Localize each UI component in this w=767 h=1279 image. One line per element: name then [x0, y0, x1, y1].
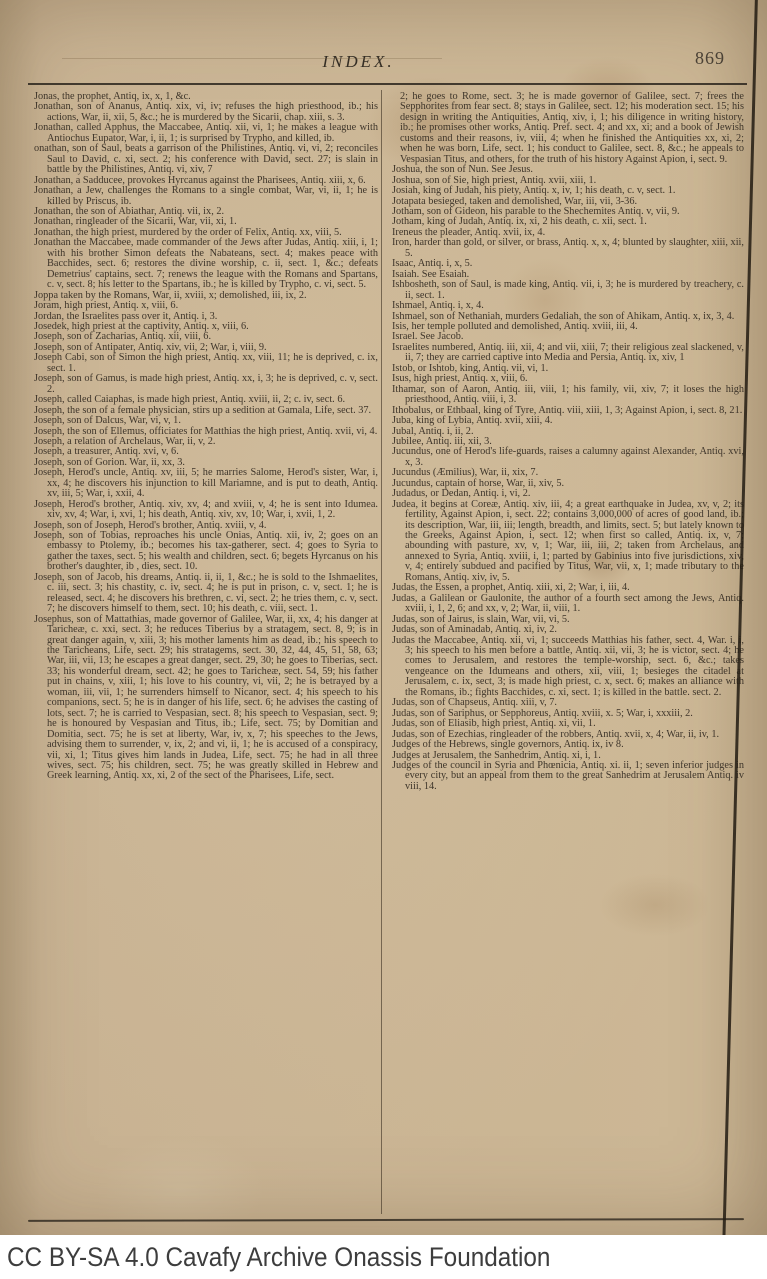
- index-entry: Joseph, son of Gamus, is made high pries…: [34, 374, 378, 395]
- column-divider-rule: [381, 90, 382, 1214]
- index-entry: Judas, son of Aminadab, Antiq. xi, iv, 2…: [392, 625, 744, 635]
- license-caption-bar: CC BY-SA 4.0 Cavafy Archive Onassis Foun…: [0, 1235, 767, 1279]
- index-entry: Jonathan, a Jew, challenges the Romans t…: [34, 186, 378, 207]
- index-entry: Jonathan, son of Ananus, Antiq. xix, vi,…: [34, 102, 378, 123]
- index-entry: Juba, king of Lybia, Antiq. xvii, xiii, …: [392, 416, 744, 426]
- index-entry: Joseph, son of Jacob, his dreams, Antiq.…: [34, 573, 378, 615]
- index-entry: Judges of the Hebrews, single governors,…: [392, 740, 744, 750]
- index-entry: Joseph, Herod's brother, Antiq. xiv, xv,…: [34, 500, 378, 521]
- index-entry: Joseph, Herod's uncle, Antiq. xv, iii, 5…: [34, 468, 378, 499]
- index-entry: Israelites numbered, Antiq. iii, xii, 4;…: [392, 343, 744, 364]
- index-entry: Jonathan, called Apphus, the Maccabee, A…: [34, 123, 378, 144]
- index-entry: Josephus, son of Mattathias, made govern…: [34, 615, 378, 782]
- page-title: INDEX.: [30, 52, 687, 72]
- page-header: INDEX. 869: [30, 46, 747, 80]
- paper-scratch: [62, 58, 442, 59]
- index-entry: Joseph, son of Tobias, reproaches his un…: [34, 531, 378, 573]
- index-entry: Joseph Cabi, son of Simon the high pries…: [34, 353, 378, 374]
- index-entry: Judges of the council in Syria and Phœni…: [392, 761, 744, 792]
- index-entry: Jucundus, one of Herod's life-guards, ra…: [392, 447, 744, 468]
- page-number: 869: [695, 48, 725, 69]
- index-entry: Iron, harder than gold, or silver, or br…: [392, 238, 744, 259]
- index-entry: onathan, son of Saul, beats a garrison o…: [34, 144, 378, 175]
- index-entry: Ishbosheth, son of Saul, is made king, A…: [392, 280, 744, 301]
- index-columns: Jonas, the prophet, Antiq, ix, x, 1, &c.…: [34, 92, 744, 792]
- index-entry: 2; he goes to Rome, sect. 3; he is made …: [392, 92, 744, 165]
- index-entry: Ishmael, Antiq. i, x, 4.: [392, 301, 744, 311]
- index-entry: Joseph, son of Dalcus, War, vi, v, 1.: [34, 416, 378, 426]
- index-entry: Judas, a Galilean or Gaulonite, the auth…: [392, 594, 744, 615]
- index-entry: Jonathan the Maccabee, made commander of…: [34, 238, 378, 290]
- license-caption: CC BY-SA 4.0 Cavafy Archive Onassis Foun…: [7, 1242, 550, 1273]
- header-rule: [28, 83, 747, 85]
- index-entry: Ithamar, son of Aaron, Antiq. iii, viii,…: [392, 385, 744, 406]
- index-right-column: 2; he goes to Rome, sect. 3; he is made …: [392, 92, 744, 792]
- index-entry: Judas the Maccabee, Antiq. xii, vi, 1; s…: [392, 636, 744, 699]
- scanned-page: INDEX. 869 Jonas, the prophet, Antiq, ix…: [0, 0, 767, 1235]
- index-entry: Judea, it begins at Coreæ, Antiq. xiv, i…: [392, 500, 744, 584]
- footer-rule: [28, 1218, 744, 1222]
- index-entry: Joram, high priest, Antiq. x, viii, 6.: [34, 301, 378, 311]
- index-entry: Josiah, king of Judah, his piety, Antiq.…: [392, 186, 744, 196]
- index-left-column: Jonas, the prophet, Antiq, ix, x, 1, &c.…: [34, 92, 378, 792]
